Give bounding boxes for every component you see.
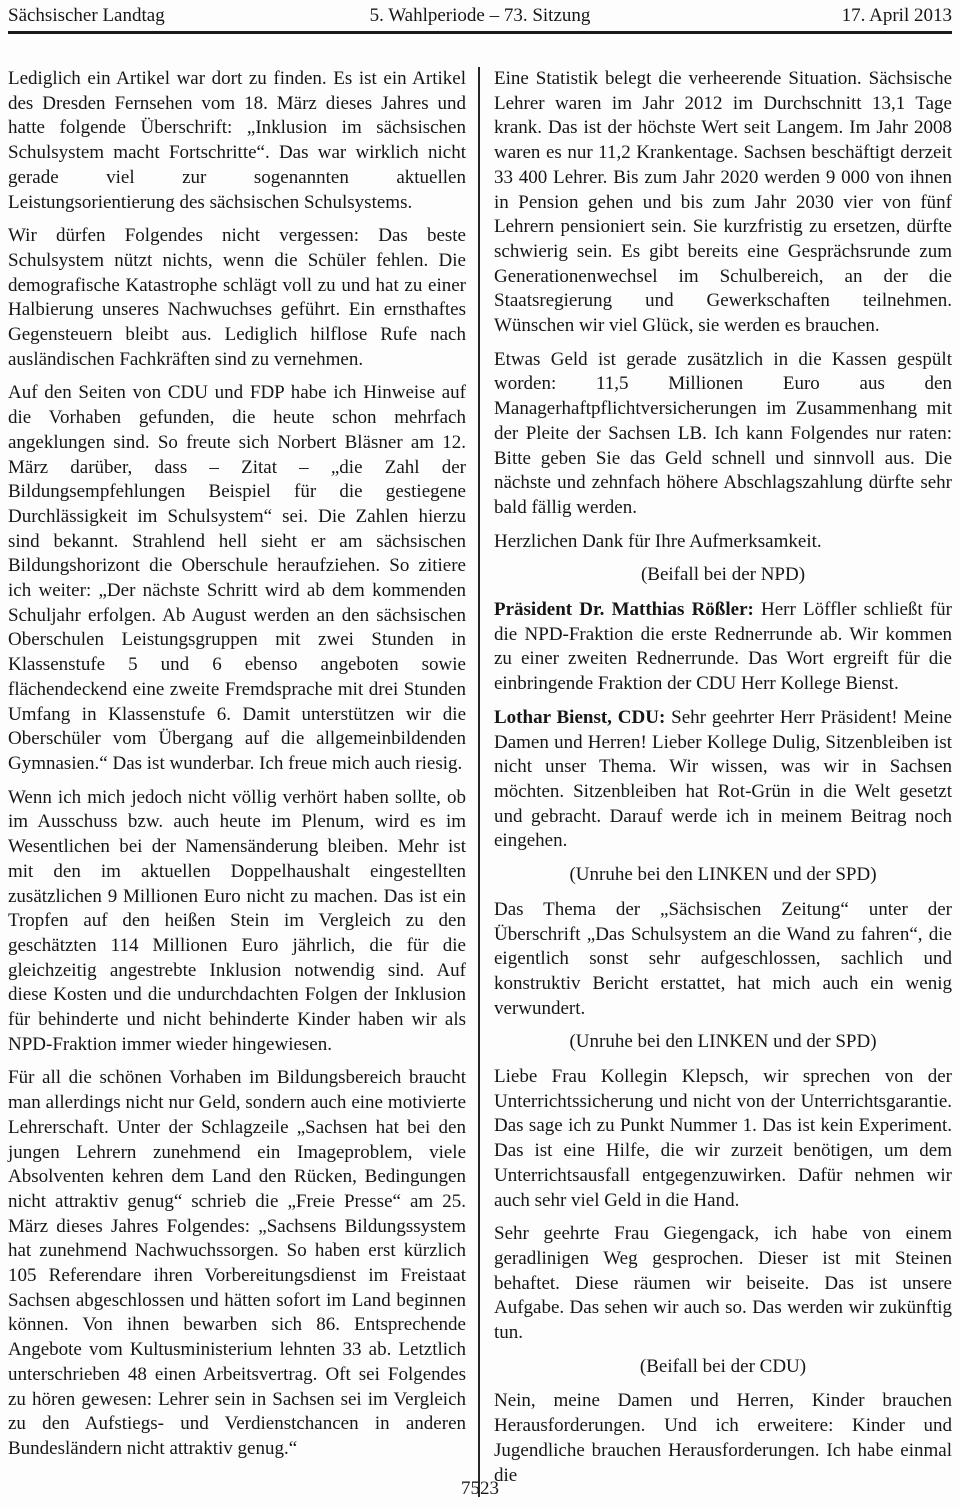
paragraph: Lediglich ein Artikel war dort zu finden… bbox=[8, 67, 466, 215]
right-column: Eine Statistik belegt die verheerende Si… bbox=[480, 67, 952, 1497]
speaker-name: Präsident Dr. Matthias Rößler: bbox=[494, 599, 754, 620]
paragraph: Wir dürfen Folgendes nicht vergessen: Da… bbox=[8, 224, 466, 372]
page-footer: 7523 bbox=[0, 1478, 960, 1500]
stage-direction: (Unruhe bei den LINKEN und der SPD) bbox=[494, 1030, 952, 1055]
header-session-info: 5. Wahlperiode – 73. Sitzung bbox=[286, 5, 675, 27]
header-date: 17. April 2013 bbox=[674, 5, 952, 27]
paragraph: Sehr geehrte Frau Giegengack, ich habe v… bbox=[494, 1222, 952, 1346]
speech-paragraph: Lothar Bienst, CDU: Sehr geehrter Herr P… bbox=[494, 706, 952, 854]
stage-direction: (Beifall bei der CDU) bbox=[494, 1355, 952, 1380]
paragraph: Etwas Geld ist gerade zusätzlich in die … bbox=[494, 348, 952, 521]
document-page: Sächsischer Landtag 5. Wahlperiode – 73.… bbox=[0, 0, 960, 1508]
paragraph: Auf den Seiten von CDU und FDP habe ich … bbox=[8, 381, 466, 776]
speaker-name: Lothar Bienst, CDU: bbox=[494, 707, 665, 728]
paragraph: Wenn ich mich jedoch nicht völlig verhör… bbox=[8, 786, 466, 1058]
page-header: Sächsischer Landtag 5. Wahlperiode – 73.… bbox=[8, 5, 952, 34]
paragraph: Herzlichen Dank für Ihre Aufmerksamkeit. bbox=[494, 530, 952, 555]
left-column: Lediglich ein Artikel war dort zu finden… bbox=[8, 67, 480, 1497]
stage-direction: (Beifall bei der NPD) bbox=[494, 563, 952, 588]
page-number: 7523 bbox=[461, 1478, 499, 1499]
speech-paragraph: Präsident Dr. Matthias Rößler: Herr Löff… bbox=[494, 598, 952, 697]
two-column-text-body: Lediglich ein Artikel war dort zu finden… bbox=[8, 67, 952, 1497]
stage-direction: (Unruhe bei den LINKEN und der SPD) bbox=[494, 863, 952, 888]
paragraph: Liebe Frau Kollegin Klepsch, wir spreche… bbox=[494, 1065, 952, 1213]
paragraph: Für all die schönen Vorhaben im Bildungs… bbox=[8, 1066, 466, 1461]
paragraph: Das Thema der „Sächsischen Zeitung“ unte… bbox=[494, 898, 952, 1022]
paragraph: Eine Statistik belegt die verheerende Si… bbox=[494, 67, 952, 339]
paragraph: Nein, meine Damen und Herren, Kinder bra… bbox=[494, 1389, 952, 1488]
header-publication-title: Sächsischer Landtag bbox=[8, 5, 286, 27]
